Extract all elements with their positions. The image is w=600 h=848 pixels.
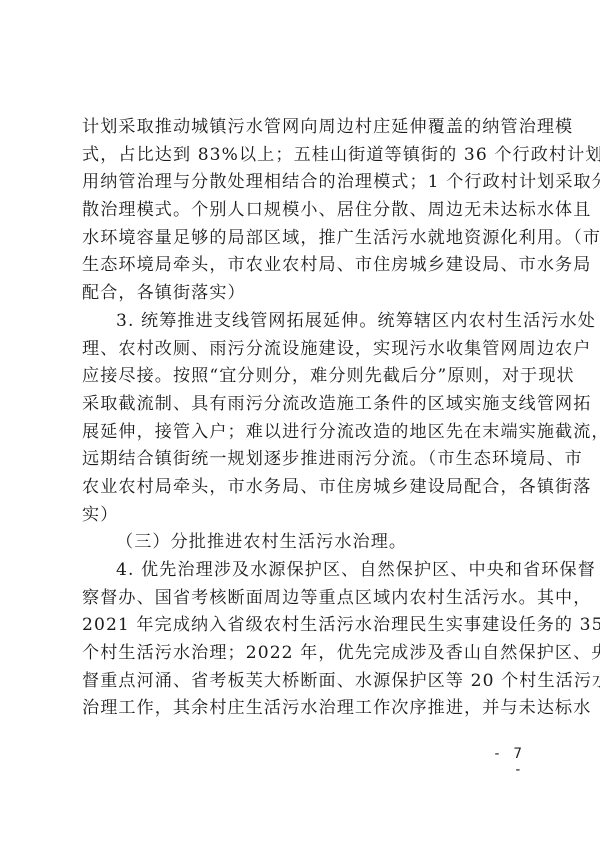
text-line: 用纳管治理与分散处理相结合的治理模式；1 个行政村计划采取分: [82, 169, 520, 197]
text-line: 理、农村改厕、雨污分流设施建设，实现污水收集管网周边农户: [82, 336, 520, 364]
text-line: 配合，各镇街落实）: [82, 280, 520, 308]
document-page: 计划采取推动城镇污水管网向周边村庄延伸覆盖的纳管治理模 式，占比达到 83%以上…: [0, 0, 600, 848]
section-heading-3: （三）分批推进农村生活污水治理。: [82, 529, 520, 557]
document-body: 计划采取推动城镇污水管网向周边村庄延伸覆盖的纳管治理模 式，占比达到 83%以上…: [82, 114, 520, 723]
text-line: 散治理模式。个别人口规模小、居住分散、周边无未达标水体且: [82, 197, 520, 225]
text-line: 展延伸，接管入户；难以进行分流改造的地区先在末端实施截流，: [82, 419, 520, 447]
text-line: 察督办、国省考核断面周边等重点区域内农村生活污水。其中，: [82, 585, 520, 613]
text-line: 督重点河涌、省考板芙大桥断面、水源保护区等 20 个村生活污水: [82, 668, 520, 696]
text-line: 治理工作，其余村庄生活污水治理工作次序推进，并与未达标水: [82, 695, 520, 723]
section-item-4-heading-line: 4. 优先治理涉及水源保护区、自然保护区、中央和省环保督: [82, 557, 520, 585]
text-line: 远期结合镇街统一规划逐步推进雨污分流。（市生态环境局、市: [82, 446, 520, 474]
section-item-3-heading-line: 3. 统筹推进支线管网拓展延伸。统筹辖区内农村生活污水处: [82, 308, 520, 336]
text-line: 农业农村局牵头，市水务局、市住房城乡建设局配合，各镇街落: [82, 474, 520, 502]
text-line: 式，占比达到 83%以上；五桂山街道等镇街的 36 个行政村计划采: [82, 142, 520, 170]
text-line: 计划采取推动城镇污水管网向周边村庄延伸覆盖的纳管治理模: [82, 114, 520, 142]
text-line: 水环境容量足够的局部区域，推广生活污水就地资源化利用。（市: [82, 225, 520, 253]
text-line: 个村生活污水治理；2022 年，优先完成涉及香山自然保护区、央: [82, 640, 520, 668]
text-line: 2021 年完成纳入省级农村生活污水治理民生实事建设任务的 35: [82, 612, 520, 640]
text-line: 实）: [82, 502, 520, 530]
text-line: 生态环境局牵头，市农业农村局、市住房城乡建设局、市水务局: [82, 252, 520, 280]
text-line: 应接尽接。按照“宜分则分，难分则先截后分”原则，对于现状: [82, 363, 520, 391]
text-line: 采取截流制、具有雨污分流改造施工条件的区域实施支线管网拓: [82, 391, 520, 419]
page-number: - 7 -: [480, 746, 524, 778]
